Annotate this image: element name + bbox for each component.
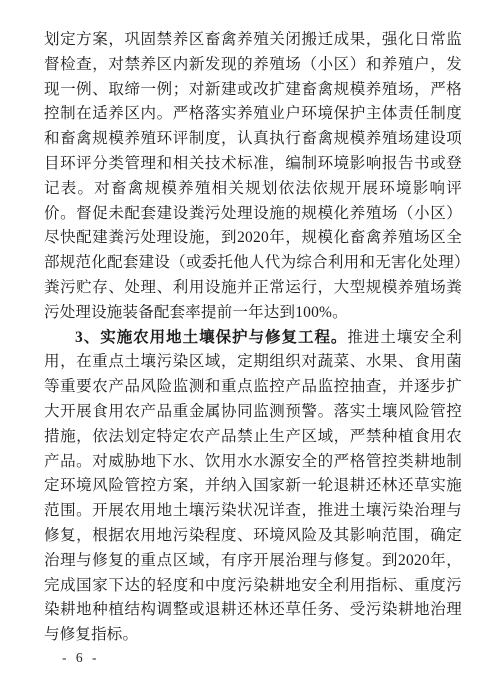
document-body: 划定方案，巩固禁养区畜禽养殖关闭搬迁成果，强化日常监督检查，对禁养区内新发现的养… xyxy=(44,28,462,648)
soil-protection-heading: 3、实施农用地土壤保护与修复工程。 xyxy=(75,329,347,346)
paragraph-soil-protection-text: 推进土壤安全利用，在重点土壤污染区域，定期组织对蔬菜、水果、食用菌等重要农产品风… xyxy=(44,329,462,644)
paragraph-soil-protection: 3、实施农用地土壤保护与修复工程。推进土壤安全利用，在重点土壤污染区域，定期组织… xyxy=(44,326,462,648)
paragraph-livestock-regulation: 划定方案，巩固禁养区畜禽养殖关闭搬迁成果，强化日常监督检查，对禁养区内新发现的养… xyxy=(44,28,462,326)
paragraph-livestock-regulation-text: 划定方案，巩固禁养区畜禽养殖关闭搬迁成果，强化日常监督检查，对禁养区内新发现的养… xyxy=(44,31,462,321)
page-number: - 6 - xyxy=(62,650,100,666)
document-page: 划定方案，巩固禁养区畜禽养殖关闭搬迁成果，强化日常监督检查，对禁养区内新发现的养… xyxy=(0,0,502,692)
